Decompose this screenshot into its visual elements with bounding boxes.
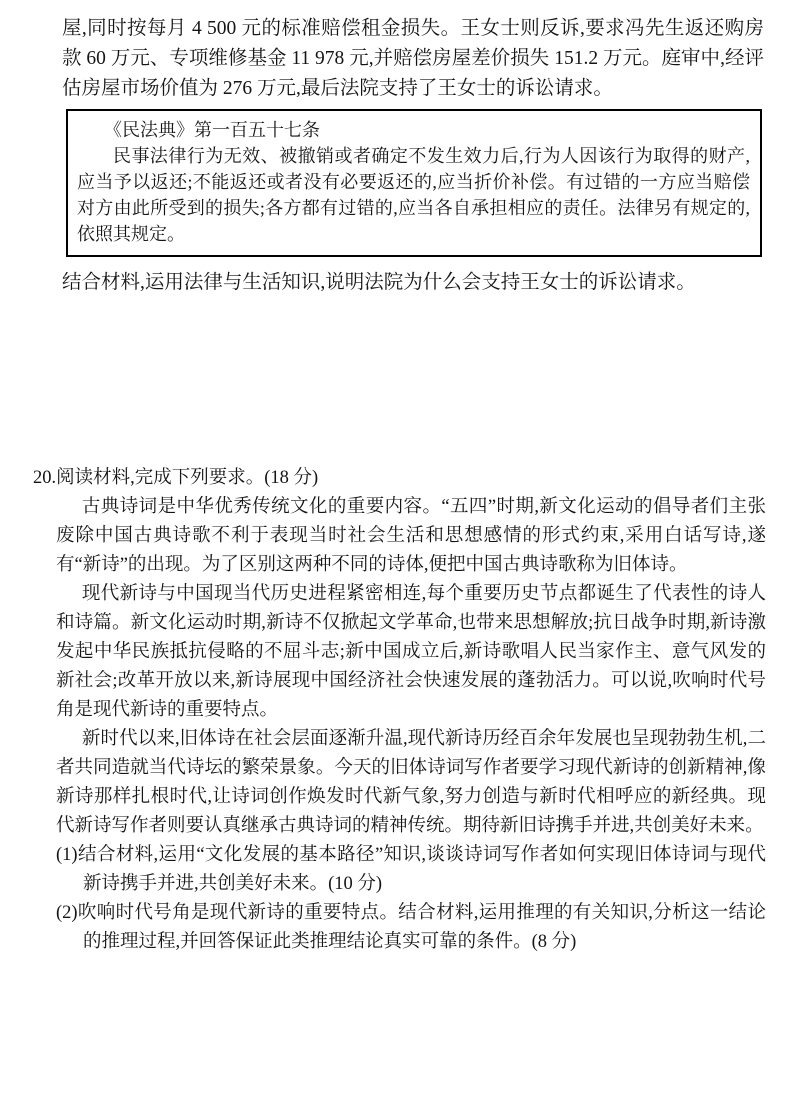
q20-subquestion-1: (1)结合材料,运用“文化发展的基本路径”知识,谈谈诗词写作者如何实现旧体诗词与…: [56, 841, 766, 899]
subquestion-2-label: (2): [56, 903, 78, 923]
civil-code-article-text: 民事法律行为无效、被撤销或者确定不发生效力后,行为人因该行为取得的财产,应当予以…: [77, 143, 750, 247]
q19-prompt: 结合材料,运用法律与生活知识,说明法院为什么会支持王女士的诉讼请求。: [62, 268, 764, 298]
civil-code-excerpt-box: 《民法典》第一百五十七条 民事法律行为无效、被撤销或者确定不发生效力后,行为人因…: [66, 109, 762, 257]
exam-page: 屋,同时按每月 4 500 元的标准赔偿租金损失。王女士则反诉,要求冯先生返还购…: [0, 0, 800, 1096]
q20-material-paragraph-1: 古典诗词是中华优秀传统文化的重要内容。“五四”时期,新文化运动的倡导者们主张废除…: [56, 493, 766, 580]
q20-heading: 20.阅读材料,完成下列要求。(18 分): [56, 464, 766, 493]
q20-heading-text: 阅读材料,完成下列要求。(18 分): [56, 468, 318, 488]
q20-material-paragraph-2: 现代新诗与中国现当代历史进程紧密相连,每个重要历史节点都诞生了代表性的诗人和诗篇…: [56, 580, 766, 725]
q19-material-continuation: 屋,同时按每月 4 500 元的标准赔偿租金损失。王女士则反诉,要求冯先生返还购…: [62, 14, 764, 104]
subquestion-1-text: 结合材料,运用“文化发展的基本路径”知识,谈谈诗词写作者如何实现旧体诗词与现代新…: [78, 845, 766, 894]
subquestion-2-text: 吹响时代号角是现代新诗的重要特点。结合材料,运用推理的有关知识,分析这一结论的推…: [78, 903, 766, 952]
question-20-block: 20.阅读材料,完成下列要求。(18 分) 古典诗词是中华优秀传统文化的重要内容…: [56, 464, 766, 957]
q20-number: 20.: [33, 468, 56, 488]
q20-material-paragraph-3: 新时代以来,旧体诗在社会层面逐渐升温,现代新诗历经百余年发展也呈现勃勃生机,二者…: [56, 725, 766, 841]
civil-code-article-title: 《民法典》第一百五十七条: [77, 117, 750, 143]
answer-blank-area: [0, 298, 800, 464]
q20-subquestion-2: (2)吹响时代号角是现代新诗的重要特点。结合材料,运用推理的有关知识,分析这一结…: [56, 899, 766, 957]
subquestion-1-label: (1): [56, 845, 78, 865]
